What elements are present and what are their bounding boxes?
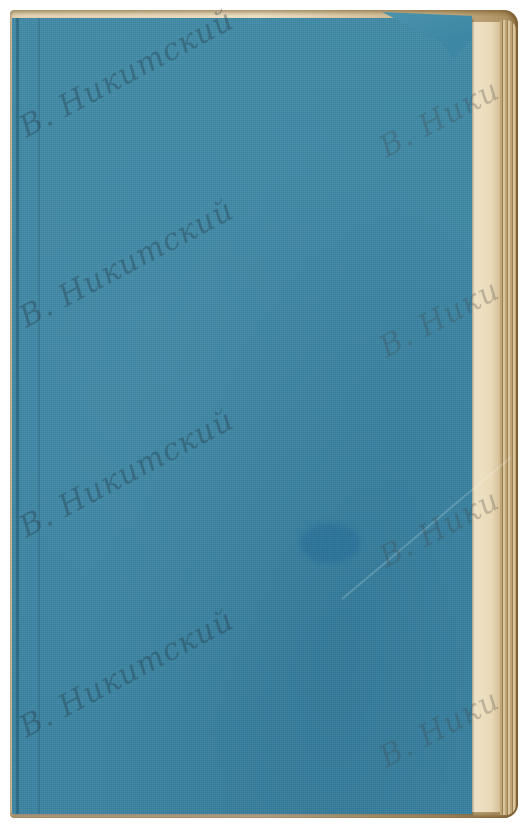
spine-fold <box>16 18 19 814</box>
book-photo: В. Никитский В. Никитский В. Никитский В… <box>0 0 526 827</box>
ink-stain <box>300 523 360 563</box>
worn-fore-edge <box>500 20 516 815</box>
